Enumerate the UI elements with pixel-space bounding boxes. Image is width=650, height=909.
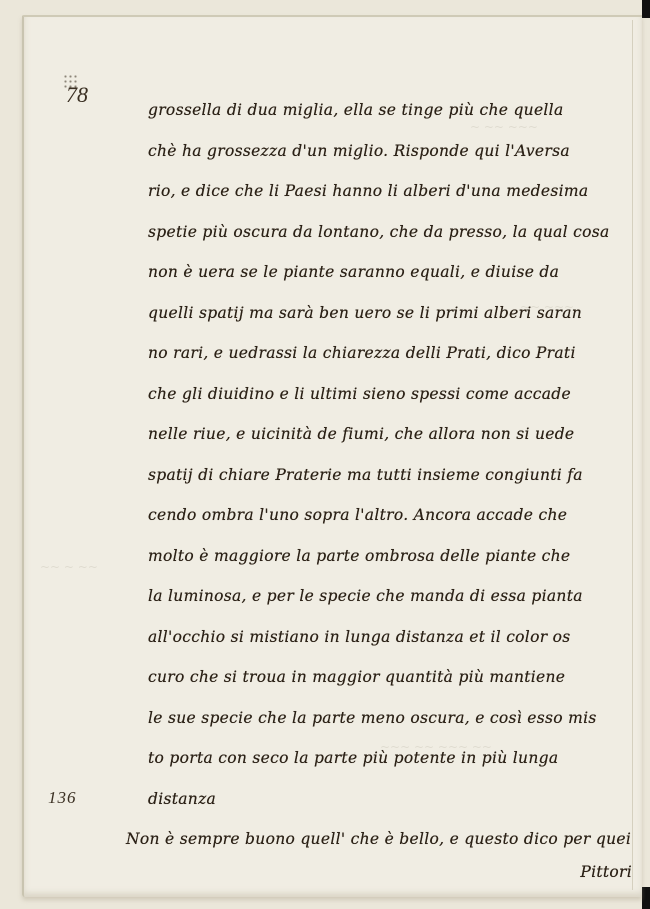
- text-line: rio, e dice che li Paesi hanno li alberi…: [148, 177, 638, 218]
- scan-border-bottom-right: [642, 887, 650, 909]
- text-line: cendo ombra l'uno sopra l'altro. Ancora …: [148, 501, 638, 542]
- manuscript-text: grossella di dua miglia, ella se tinge p…: [148, 96, 638, 898]
- text-line: chè ha grossezza d'un miglio. Risponde q…: [148, 137, 638, 178]
- text-line: che gli diuidino e li ultimi sieno spess…: [148, 380, 638, 421]
- text-line: to porta con seco la parte più potente i…: [148, 744, 638, 785]
- text-line: nelle riue, e uicinità de fiumi, che all…: [148, 420, 638, 461]
- text-line: curo che si troua in maggior quantità pi…: [148, 663, 638, 704]
- bleed-through-text: ~~ ~ ~~: [40, 560, 98, 574]
- catchword: Pittori: [148, 858, 638, 899]
- text-line: spetie più oscura da lontano, che da pre…: [148, 218, 638, 259]
- margin-chapter-number: 136: [48, 788, 77, 808]
- text-line: molto è maggiore la parte ombrosa delle …: [148, 542, 638, 583]
- text-line: no rari, e uedrassi la chiarezza delli P…: [148, 339, 638, 380]
- text-line: quelli spatij ma sarà ben uero se li pri…: [148, 299, 638, 340]
- manuscript-scan: ~ ~~ ~~~ ~~ ~~~ ~~ ~ ~~ ~~~ ~~ ~~~ ~~ 78…: [0, 0, 650, 909]
- text-line: le sue specie che la parte meno oscura, …: [148, 704, 638, 745]
- text-line: la luminosa, e per le specie che manda d…: [148, 582, 638, 623]
- text-line: spatij di chiare Praterie ma tutti insie…: [148, 461, 638, 502]
- text-line: all'occhio si mistiano in lunga distanza…: [148, 623, 638, 664]
- text-line: non è uera se le piante saranno equali, …: [148, 258, 638, 299]
- text-line: grossella di dua miglia, ella se tinge p…: [148, 96, 638, 137]
- text-line: distanza: [148, 785, 638, 826]
- scan-border-top-right: [642, 0, 650, 18]
- folio-number: 78: [66, 82, 88, 108]
